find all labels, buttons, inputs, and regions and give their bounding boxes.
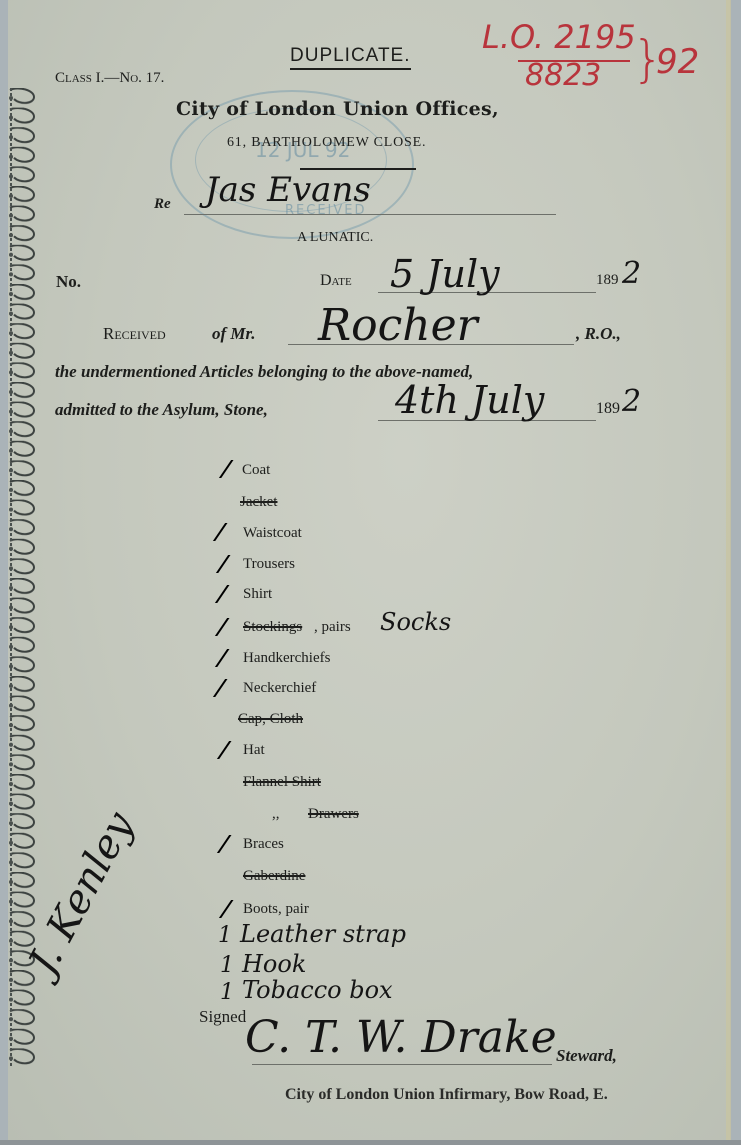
hand-item-hook: Hook bbox=[242, 950, 306, 978]
article-jacket: Jacket bbox=[240, 494, 277, 511]
article-drawers-ditto: ,, bbox=[272, 806, 280, 823]
article-boots: Boots, pair bbox=[243, 901, 309, 918]
article-shirt: Shirt bbox=[243, 586, 272, 603]
article-cap-cloth: Cap, Cloth bbox=[238, 711, 303, 728]
hand-item-leather-strap: Leather strap bbox=[240, 920, 406, 948]
date-label: Date bbox=[320, 272, 352, 290]
spiral-binding-icon bbox=[4, 88, 40, 1068]
article-neckerchief: Neckerchief bbox=[243, 680, 316, 697]
signature-underline bbox=[252, 1064, 552, 1065]
article-trousers: Trousers bbox=[243, 556, 295, 573]
article-gaberdine: Gaberdine bbox=[243, 868, 305, 885]
hand-item-qty: 1 bbox=[218, 923, 232, 948]
article-braces: Braces bbox=[243, 836, 284, 853]
article-coat: Coat bbox=[242, 462, 270, 479]
hand-item-qty: 1 bbox=[220, 980, 234, 1005]
steward-role: Steward, bbox=[556, 1046, 617, 1066]
date-handwritten: 5 July bbox=[390, 252, 500, 296]
page-edge bbox=[726, 0, 731, 1145]
subject-type: A LUNATIC. bbox=[297, 230, 373, 246]
article-drawers: Drawers bbox=[308, 806, 359, 823]
number-label: No. bbox=[56, 272, 81, 292]
received-suffix: , R.O., bbox=[576, 324, 621, 344]
date-year-printed: 189 bbox=[596, 272, 619, 289]
article-stockings-note: Socks bbox=[380, 608, 451, 636]
article-stockings-suffix: , pairs bbox=[314, 619, 351, 636]
office-address: 61, BARTHOLOMEW CLOSE. bbox=[227, 135, 426, 151]
hand-item-tobacco-box: Tobacco box bbox=[242, 976, 393, 1004]
office-title: City of London Union Offices, bbox=[176, 98, 499, 120]
re-label: Re bbox=[154, 196, 171, 213]
article-waistcoat: Waistcoat bbox=[243, 525, 302, 542]
red-reference-bottom: 8823 bbox=[525, 58, 601, 93]
date-year-handwritten: 2 bbox=[622, 256, 641, 291]
re-underline bbox=[184, 214, 556, 215]
article-hat: Hat bbox=[243, 742, 265, 759]
red-reference-top: L.O. 2195 bbox=[482, 18, 636, 56]
article-handkerchiefs: Handkerchiefs bbox=[243, 650, 330, 667]
hand-item-qty: 1 bbox=[220, 953, 234, 978]
red-year: 92 bbox=[656, 42, 699, 82]
body-line-2: admitted to the Asylum, Stone, bbox=[55, 400, 268, 420]
article-flannel-shirt: Flannel Shirt bbox=[243, 774, 321, 791]
admitted-year-handwritten: 2 bbox=[622, 384, 641, 419]
institution-line: City of London Union Infirmary, Bow Road… bbox=[285, 1086, 608, 1104]
page-bottom-edge bbox=[0, 1140, 741, 1145]
re-name-handwritten: Jas Evans bbox=[205, 170, 371, 210]
admitted-year-printed: 189 bbox=[596, 400, 620, 418]
received-name-handwritten: Rocher bbox=[318, 300, 478, 351]
signed-label: Signed bbox=[199, 1007, 246, 1027]
article-stockings: Stockings bbox=[243, 619, 302, 636]
received-label: Received bbox=[103, 324, 166, 344]
steward-signature: C. T. W. Drake bbox=[245, 1012, 557, 1063]
admitted-date-handwritten: 4th July bbox=[395, 378, 544, 422]
received-of-label: of Mr. bbox=[212, 324, 255, 344]
class-number: Class I.—No. 17. bbox=[55, 70, 164, 87]
document-heading: DUPLICATE. bbox=[290, 45, 411, 70]
